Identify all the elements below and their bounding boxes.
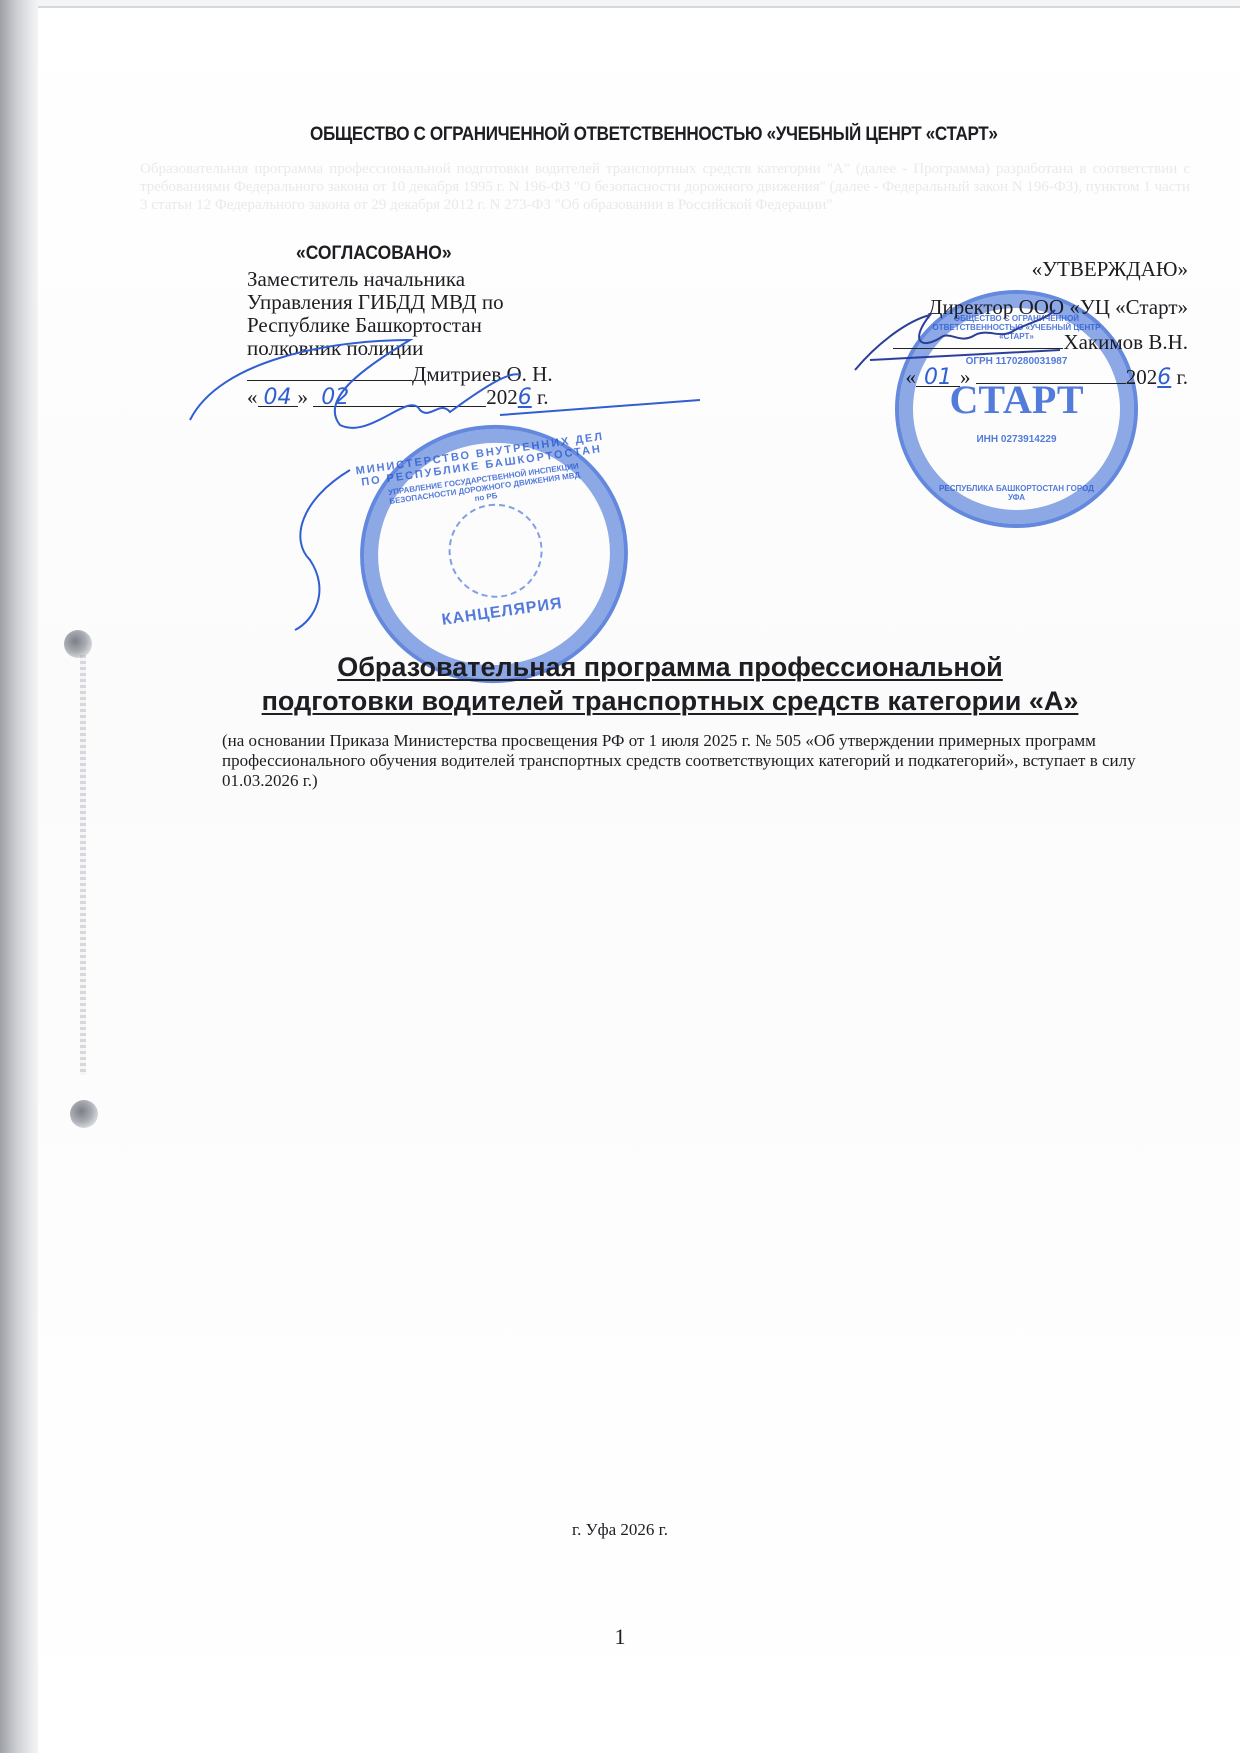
scanner-edge [0,0,38,1753]
page-number: 1 [0,1624,1240,1650]
approved-signatory: Хакимов В.Н. [1063,330,1188,354]
binding-grommet-top [64,630,92,658]
organization-header: ОБЩЕСТВО С ОГРАНИЧЕННОЙ ОТВЕТСТВЕННОСТЬЮ… [310,124,998,146]
approved-date-year-prefix: 202 [1126,365,1158,389]
handwritten-signature-right [850,300,1070,380]
agreed-heading: «СОГЛАСОВАНО» [296,243,452,265]
title-line-1: Образовательная программа профессиональн… [337,652,1003,682]
approved-date-suffix: г. [1177,365,1189,389]
city-year: г. Уфа 2026 г. [0,1520,1240,1540]
approved-heading: «УТВЕРЖДАЮ» [1032,257,1188,282]
stamp-bottom-text: РЕСПУБЛИКА БАШКОРТОСТАН ГОРОД УФА [899,484,1134,502]
approved-date-year-suffix: 6 [1157,365,1171,390]
stamp-inn: ИНН 0273914229 [899,434,1134,445]
basis-note: (на основании Приказа Министерства просв… [222,731,1182,791]
binding-grommet-bottom [70,1100,98,1128]
title-line-2: подготовки водителей транспортных средст… [262,686,1079,716]
binding-thread [80,655,86,1075]
agreed-line-1: Заместитель начальника [247,268,553,291]
handwritten-signature-left [180,300,680,630]
document-title: Образовательная программа профессиональн… [200,650,1140,718]
